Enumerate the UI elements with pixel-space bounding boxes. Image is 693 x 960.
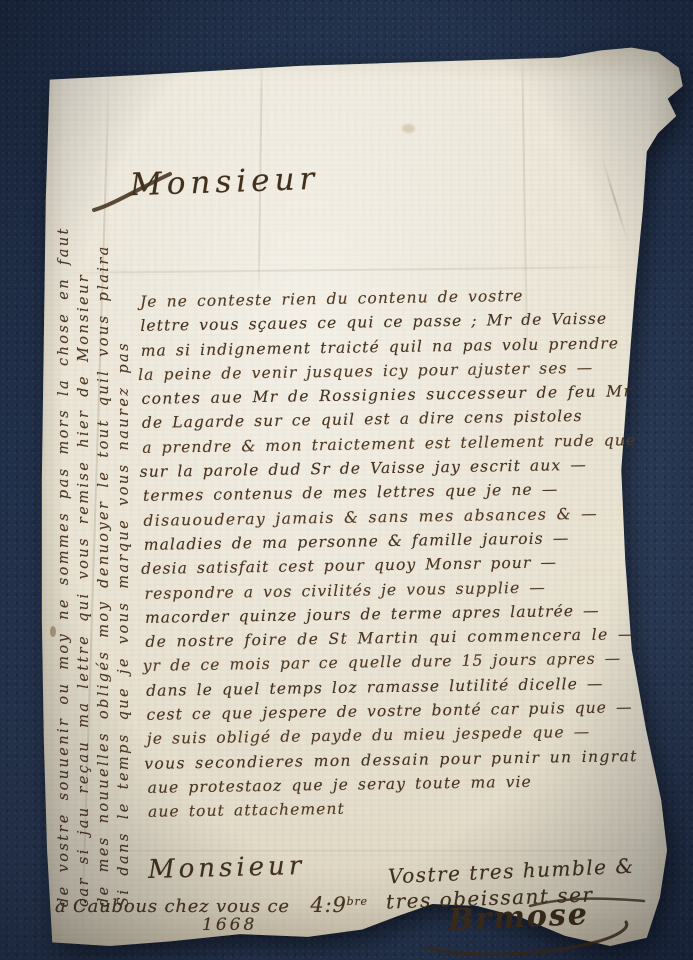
paper-fold-horizontal-top (58, 266, 638, 274)
paper-stain (402, 124, 415, 133)
margin-line: Si dans le temps que je vous marque vous… (114, 247, 134, 907)
paper-crack (601, 158, 629, 243)
margin-note: de vostre souuenir ou moy ne sommes pas … (54, 247, 134, 907)
letter-body: Je ne conteste rien du contenu de vostre… (140, 282, 642, 824)
margin-line: de mes nouuelles obligés moy denuoyer le… (94, 247, 114, 907)
paper-fold-vertical-mid (258, 56, 263, 292)
photo-scene: Monsieur Je ne conteste rien du contenu … (0, 0, 693, 960)
margin-line: de vostre souuenir ou moy ne sommes pas … (54, 247, 74, 907)
margin-line: car si jau reçau ma lettre qui vous remi… (74, 247, 94, 907)
paper-fold-horizontal-bottom (88, 850, 660, 852)
